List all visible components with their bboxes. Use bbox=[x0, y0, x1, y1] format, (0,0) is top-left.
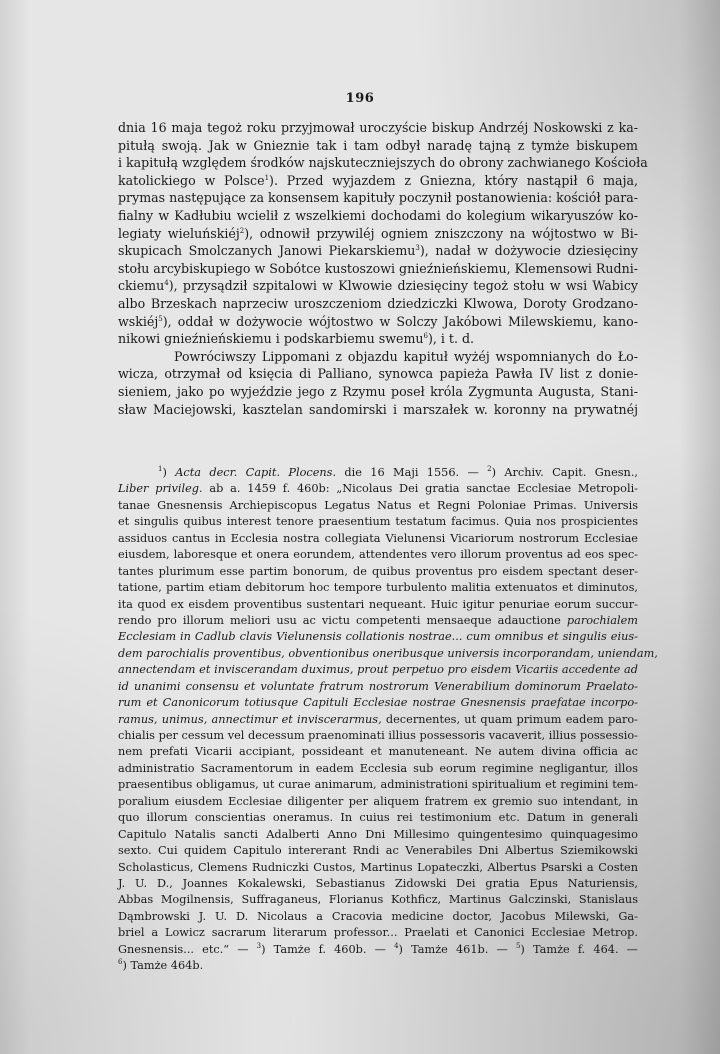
footnote-line: Ecclesiam in Cadlub clavis Vielunensis c… bbox=[118, 629, 638, 645]
footnote-line: rum et Canonicorum totiusque Capituli Ec… bbox=[118, 695, 638, 711]
footnote-line: ita quod ex eisdem proventibus sustentar… bbox=[118, 597, 638, 613]
footnote-line: Abbas Mogilnensis, Suffraganeus, Florian… bbox=[118, 892, 638, 908]
footnote-line: sexto. Cui quidem Capitulo intererant Rn… bbox=[118, 843, 638, 859]
text-line: fialny w Kadłubiu wcielił z wszelkiemi d… bbox=[118, 207, 638, 225]
text-line: legiaty wieluńskiéj2), odnowił przywiléj… bbox=[118, 225, 638, 243]
footnote-line: tatione, partim etiam debitorum hoc temp… bbox=[118, 580, 638, 596]
footnote-line: 1) Acta decr. Capit. Plocens. die 16 Maj… bbox=[118, 465, 638, 481]
footnote-line: Scholasticus, Clemens Rudniczki Custos, … bbox=[118, 860, 638, 876]
footnote-line: Liber privileg. ab a. 1459 f. 460b: „Nic… bbox=[118, 481, 638, 497]
text-line: prymas następujące za konsensem kapituły… bbox=[118, 189, 638, 207]
text-line: Powróciwszy Lippomani z objazdu kapituł … bbox=[118, 348, 638, 366]
footnote-line: id unanimi consensu et voluntate fratrum… bbox=[118, 679, 638, 695]
footnote-line: J. U. D., Joannes Kokalewski, Sebastianu… bbox=[118, 876, 638, 892]
footnote-line: poralium eiusdem Ecclesiae diligenter pe… bbox=[118, 794, 638, 810]
footnote-line: quo illorum conscientias oneramus. In cu… bbox=[118, 810, 638, 826]
text-line: ckiemu4), przysądził szpitalowi w Klwowi… bbox=[118, 277, 638, 295]
text-line: albo Brzeskach naprzeciw uroszczeniom dz… bbox=[118, 295, 638, 313]
footnote-line: 6) Tamże 464b. bbox=[118, 958, 638, 974]
footnote-line: eiusdem, laboresque et onera eorundem, a… bbox=[118, 547, 638, 563]
footnote-line: briel a Lowicz sacrarum literarum profes… bbox=[118, 925, 638, 941]
footnote-line: assiduos cantus in Ecclesia nostra colle… bbox=[118, 531, 638, 547]
text-line: i kapitułą względem środków najskuteczni… bbox=[118, 154, 638, 172]
text-line: sieniem, jako po wyjeździe jego z Rzymu … bbox=[118, 383, 638, 401]
text-line: katolickiego w Polsce1). Przed wyjazdem … bbox=[118, 172, 638, 190]
text-line: dnia 16 maja tegoż roku przyjmował urocz… bbox=[118, 119, 638, 137]
text-line: wicza, otrzymał od księcia di Palliano, … bbox=[118, 365, 638, 383]
text-line: sław Maciejowski, kasztelan sandomirski … bbox=[118, 401, 638, 419]
footnote-line: administratio Sacramentorum in eadem Ecc… bbox=[118, 761, 638, 777]
text-line: pitułą swoją. Jak w Gnieznie tak i tam o… bbox=[118, 137, 638, 155]
footnote-line: Gnesnensis... etc.“ — 3) Tamże f. 460b. … bbox=[118, 942, 638, 958]
footnote-line: rendo pro illorum meliori usu ac victu c… bbox=[118, 613, 638, 629]
paragraphs: dnia 16 maja tegoż roku przyjmował urocz… bbox=[118, 119, 638, 418]
footnote-line: tantes plurimum esse partim bonorum, de … bbox=[118, 564, 638, 580]
footnote-line: nem prefati Vicarii accipiant, possidean… bbox=[118, 744, 638, 760]
main-body-text: dnia 16 maja tegoż roku przyjmował urocz… bbox=[118, 119, 638, 418]
footnote-line: Capitulo Natalis sancti Adalberti Anno D… bbox=[118, 827, 638, 843]
footnote-line: chialis per cessum vel decessum praenomi… bbox=[118, 728, 638, 744]
footnote-line: dem parochialis proventibus, obventionib… bbox=[118, 646, 638, 662]
footnote-line: praesentibus obligamus, ut curae animaru… bbox=[118, 777, 638, 793]
footnote-line: et singulis quibus interest tenore praes… bbox=[118, 514, 638, 530]
footnote-line: ramus, unimus, annectimur et inviscerarm… bbox=[118, 712, 638, 728]
footnote-line: annectendam et inviscerandam duximus, pr… bbox=[118, 662, 638, 678]
footnote-line: Dąmbrowski J. U. D. Nicolaus a Cracovia … bbox=[118, 909, 638, 925]
text-line: skupicach Smolczanych Janowi Piekarskiem… bbox=[118, 242, 638, 260]
text-line: wskiéj5), oddał w dożywocie wójtostwo w … bbox=[118, 313, 638, 331]
text-line: stołu arcybiskupiego w Sobótce kustoszow… bbox=[118, 260, 638, 278]
footnotes: 1) Acta decr. Capit. Plocens. die 16 Maj… bbox=[118, 465, 638, 975]
page-number: 196 bbox=[0, 91, 720, 106]
footnote-lines: 1) Acta decr. Capit. Plocens. die 16 Maj… bbox=[118, 465, 638, 975]
text-line: nikowi gnieźnieńskiemu i podskarbiemu sw… bbox=[118, 330, 638, 348]
footnote-line: tanae Gnesnensis Archiepiscopus Legatus … bbox=[118, 498, 638, 514]
